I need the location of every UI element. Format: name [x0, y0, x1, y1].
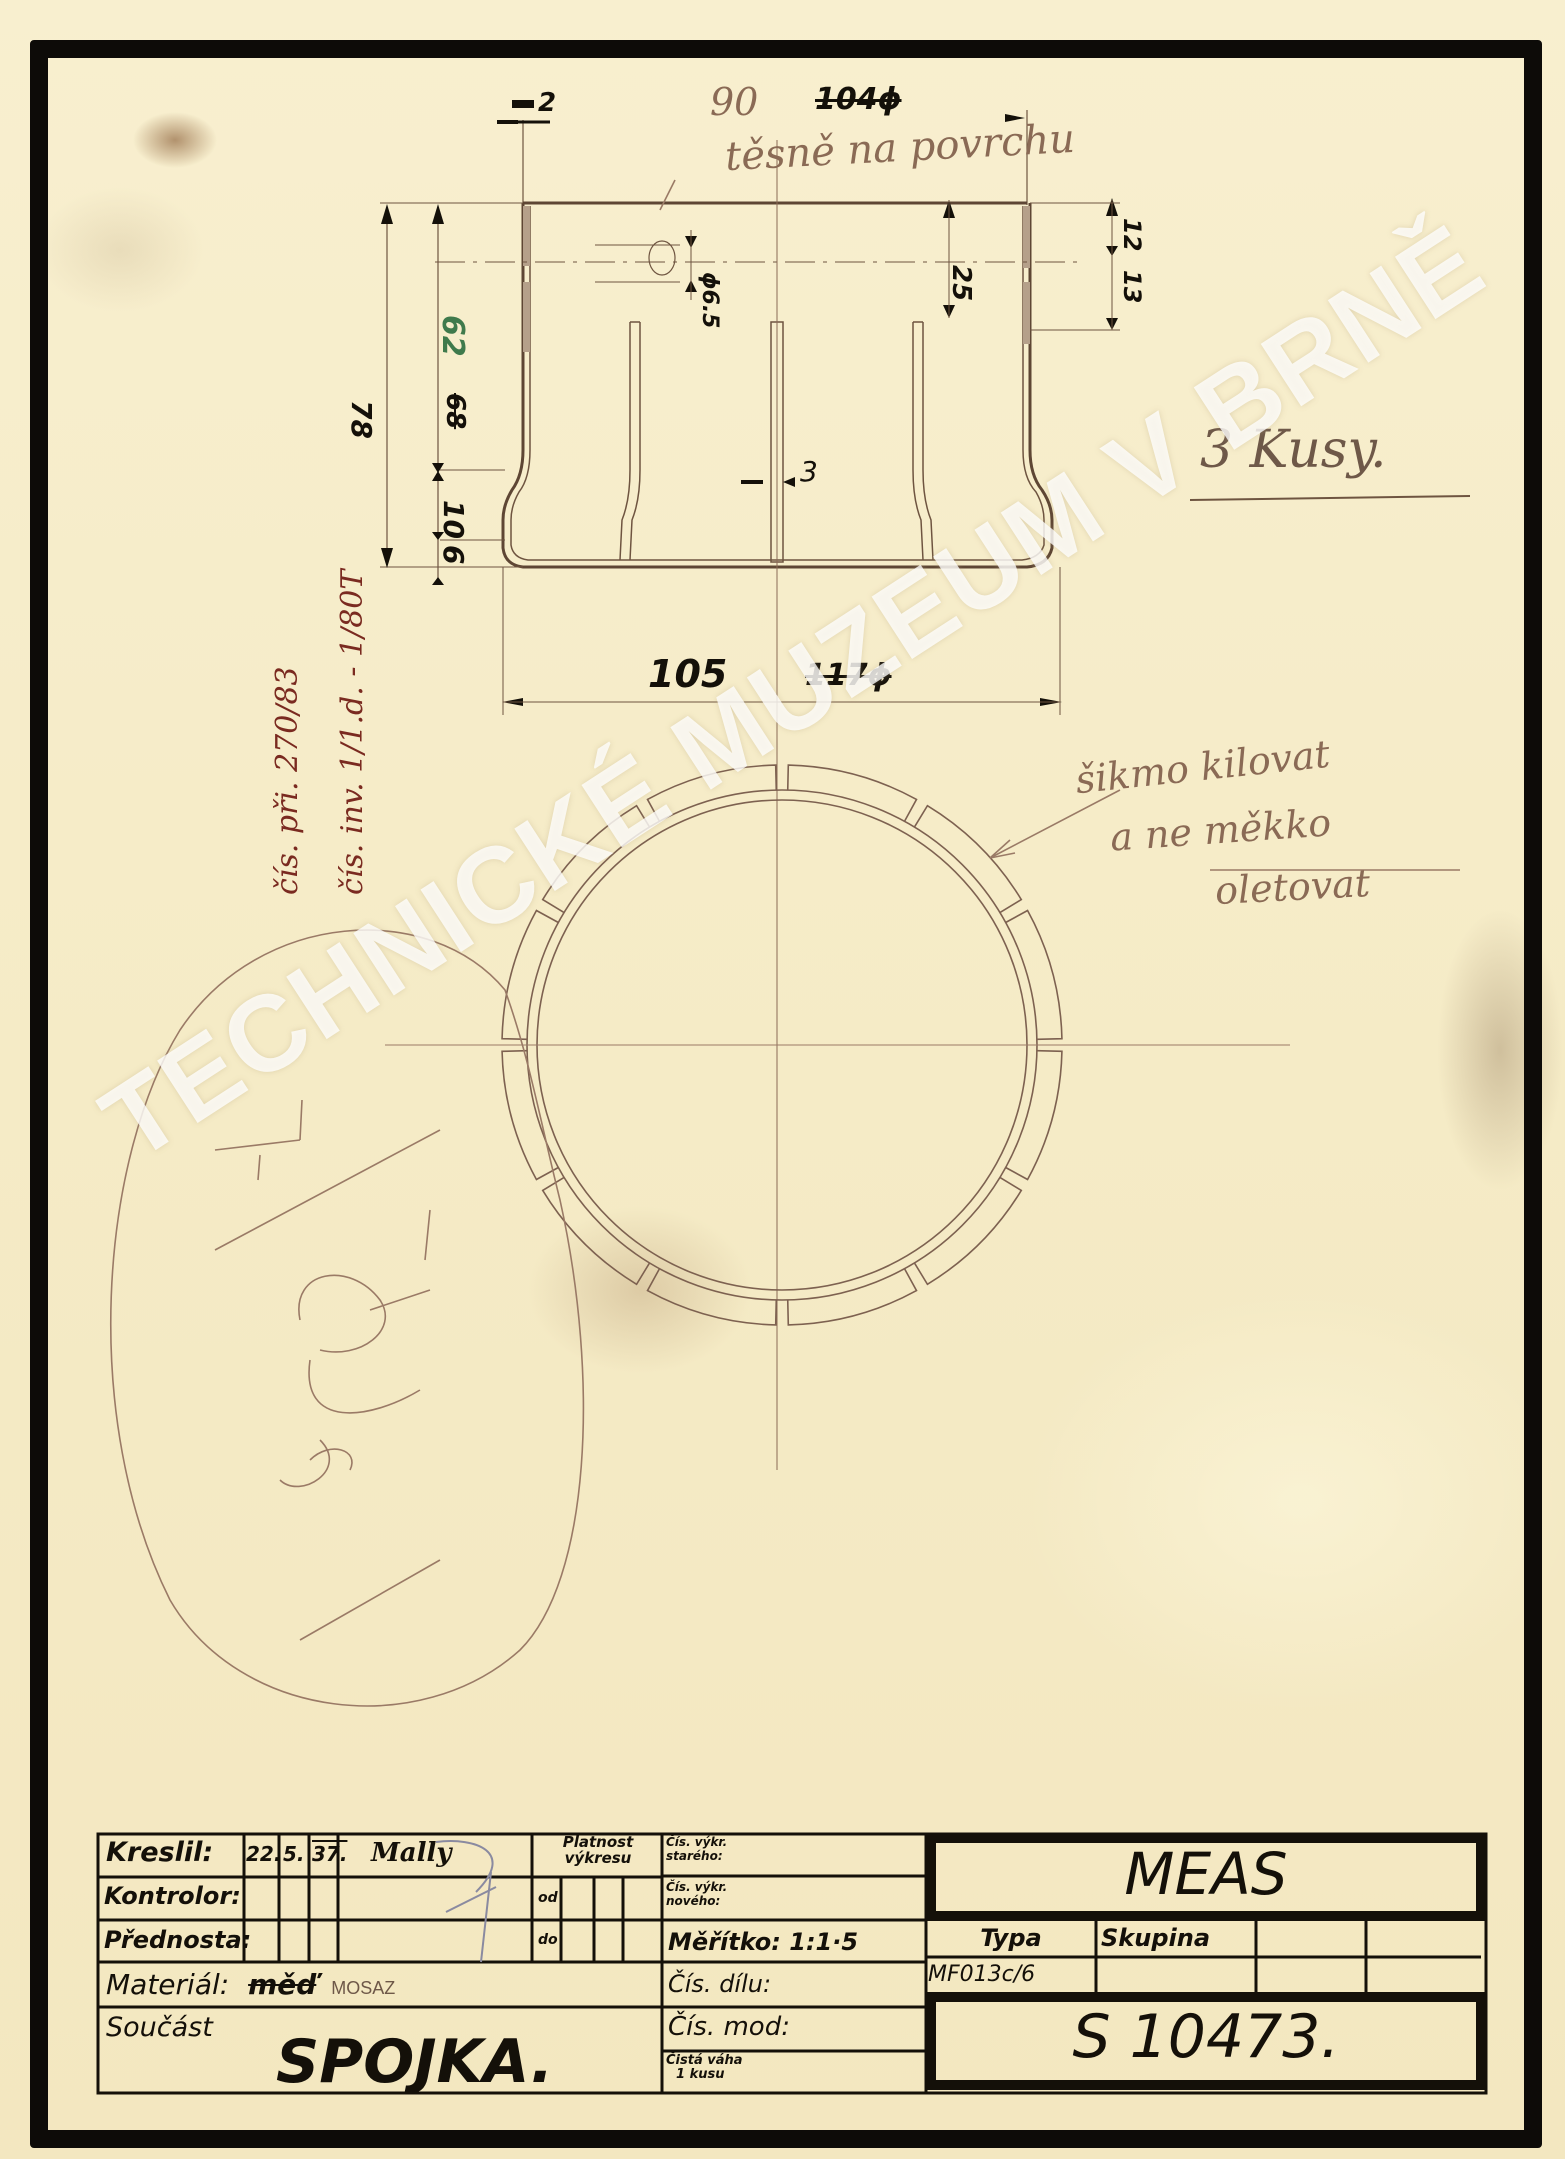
dim-top-diameter-old: 90	[710, 80, 758, 124]
drawn-month: 5.	[283, 1842, 305, 1866]
dim-slot-width: 3	[800, 455, 818, 488]
drawn-year: 37.	[312, 1842, 347, 1866]
label-old-drawing: Čís. výkr.starého:	[666, 1835, 727, 1863]
label-model-number: Čís. mod:	[668, 2012, 790, 2042]
drawing-number: S 10473.	[931, 2002, 1481, 2072]
dim-hole-diameter: ϕ6.5	[697, 272, 722, 329]
label-validity-to: do	[538, 1932, 558, 1948]
dim-height-upper-struck: 68	[440, 393, 470, 429]
dim-height-total: 78	[345, 400, 378, 439]
dim-right-lower: 13	[1118, 270, 1146, 303]
label-chief: Přednosta:	[104, 1926, 251, 1954]
label-checked: Kontrolor:	[104, 1882, 241, 1910]
label-validity: Platnostvýkresu	[538, 1834, 658, 1866]
dim-height-upper: 62	[435, 315, 470, 357]
archive-note-2: čís. inv. 1/1.d. - 1/80T	[335, 570, 370, 895]
dim-height-lower: 10	[437, 500, 470, 539]
part-name: SPOJKA.	[276, 2027, 553, 2097]
material-value: MOSAZ	[331, 1978, 395, 1998]
drawn-day: 22.	[246, 1842, 281, 1866]
label-new-drawing: Čís. výkr.nového:	[666, 1880, 727, 1908]
material-struck: měď	[248, 1968, 316, 2001]
type-value: MF013c/6	[928, 1962, 1035, 1987]
archive-note-1: čís. při. 270/83	[270, 666, 305, 895]
label-drawn: Kreslil:	[106, 1837, 213, 1868]
label-net-weight: Čistá váha1 kusu	[666, 2054, 743, 2082]
label-part: Součást	[106, 2012, 213, 2043]
dim-top-diameter: 104ϕ	[815, 82, 902, 117]
label-validity-from: od	[538, 1890, 558, 1906]
label-group: Skupina	[1101, 1924, 1210, 1952]
drawn-signature: Mally	[371, 1838, 452, 1868]
dim-hole-offset: 25	[946, 265, 976, 301]
label-material: Materiál: měď MOSAZ	[106, 1968, 395, 2001]
label-part-number: Čís. dílu:	[668, 1970, 771, 1998]
scale-label: Měřítko: 1:1·5	[668, 1928, 858, 1956]
company-name: MEAS	[931, 1840, 1481, 1908]
dim-wall-thickness: 2	[512, 88, 556, 118]
title-block: Kreslil: 22. 5. 37. Mally Platnostvýkres…	[96, 1832, 1488, 2095]
dim-right-upper: 12	[1118, 218, 1146, 251]
label-type: Typa	[926, 1924, 1096, 1952]
dim-height-lower-alt: 6	[437, 545, 470, 564]
ring-note-line-3: oletovat	[1214, 861, 1371, 913]
